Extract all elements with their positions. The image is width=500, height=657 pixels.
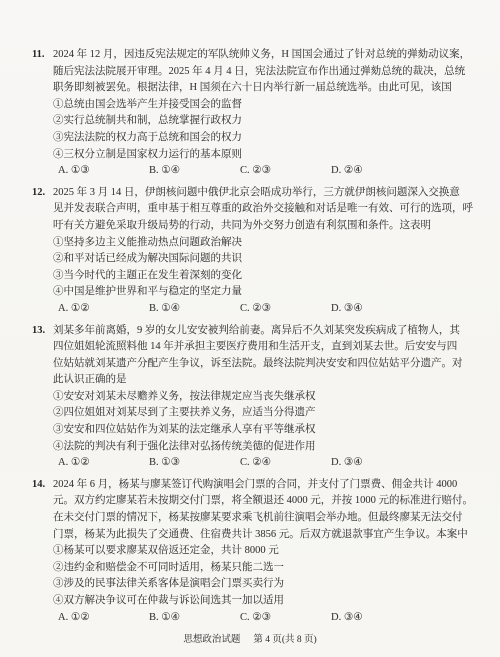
item-line: ①总统由国会选举产生并接受国会的监督	[53, 97, 500, 114]
option-d: D. ③④	[331, 301, 363, 318]
stem-line: 吁有关方避免采取升级局势的行动，共同为外交努力创造有利氛围和条件。这表明	[53, 218, 500, 235]
stem-line: 此认识正确的是	[53, 372, 500, 389]
options-row: A. ①③ B. ①④ C. ②③ D. ②④	[53, 163, 500, 180]
option-d: D. ③④	[331, 610, 363, 627]
stem-line: 职务即刻被罢免。根据法律，H 国须在六十日内举行新一届总统选举。由此可见，该国	[53, 80, 500, 97]
options-row: A. ①② B. ①④ C. ②③ D. ③④	[53, 610, 500, 627]
item-line: ③涉及的民事法律关系客体是演唱会门票买卖行为	[53, 576, 500, 593]
item-line: ①安安对刘某未尽赡养义务，按法律规定应当丧失继承权	[53, 389, 500, 406]
question-13: 13. 刘某多年前离婚，9 岁的女儿安安被判给前妻。离异后不久刘某突发疾病成了植…	[0, 323, 500, 472]
stem-line: 四位姐姐轮流照料他 14 年并承担主要医疗费用和生活开支，直到刘某去世。后安安与…	[53, 339, 500, 356]
option-c: C. ②③	[240, 301, 331, 318]
exam-page: 11. 2024 年 12 月，因违反宪法规定的军队统帅义务，H 国国会通过了针…	[0, 0, 500, 657]
item-line: ②实行总统制共和制，总统掌握行政权力	[53, 113, 500, 130]
footer-page-number: 第 4 页(共 8 页)	[253, 635, 316, 645]
stem-line: 2025 年 3 月 14 日，伊朗核问题中俄伊北京会晤成功举行，三方就伊朗核问…	[53, 185, 500, 202]
item-line: ①坚持多边主义能推动热点问题政治解决	[53, 235, 500, 252]
option-c: C. ②④	[240, 455, 331, 472]
page-footer: 思想政治试题第 4 页(共 8 页)	[0, 634, 500, 647]
option-b: B. ①④	[149, 301, 240, 318]
stem-line: 随后宪法法院展开审理。2025 年 4 月 4 日，宪法法院宣布作出通过弹劾总统…	[53, 64, 500, 81]
option-d: D. ②④	[331, 163, 363, 180]
option-c: C. ②③	[240, 610, 331, 627]
option-b: B. ①④	[149, 610, 240, 627]
item-line: ③当今时代的主题正在发生着深刻的变化	[53, 268, 500, 285]
stem-line: 见并发表联合声明，重申基于相互尊重的政治外交接触和对话是唯一有效、可行的选项，呼	[53, 201, 500, 218]
item-line: ④中国是维护世界和平与稳定的坚定力量	[53, 284, 500, 301]
item-line: ③安安和四位姑姑作为刘某的法定继承人享有平等继承权	[53, 422, 500, 439]
stem-line: 刘某多年前离婚，9 岁的女儿安安被判给前妻。离异后不久刘某突发疾病成了植物人，其	[53, 323, 500, 340]
stem-line: 门票，杨某为此损失了交通费、住宿费共计 3856 元。后双方就退款事宜产生争议。…	[53, 527, 500, 544]
item-line: ①杨某可以要求廖某双倍返还定金，共计 8000 元	[53, 543, 500, 560]
stem-line: 2024 年 12 月，因违反宪法规定的军队统帅义务，H 国国会通过了针对总统的…	[53, 47, 500, 64]
item-line: ②违约金和赔偿金不可同时适用，杨某只能二选一	[53, 560, 500, 577]
question-12: 12. 2025 年 3 月 14 日，伊朗核问题中俄伊北京会晤成功举行，三方就…	[0, 185, 500, 318]
stem-line: 位姑姑就刘某遗产分配产生争议，诉至法院。最终法院判决安安和四位姑姑平分遗产。对	[53, 356, 500, 373]
option-a: A. ①②	[58, 301, 149, 318]
question-number: 12.	[32, 185, 45, 202]
option-b: B. ①④	[149, 163, 240, 180]
question-number: 11.	[32, 47, 45, 64]
option-a: A. ①③	[58, 163, 149, 180]
item-line: ④双方解决争议可在仲裁与诉讼间选其一加以适用	[53, 593, 500, 610]
options-row: A. ①② B. ①④ C. ②③ D. ③④	[53, 301, 500, 318]
option-b: B. ①③	[149, 455, 240, 472]
question-14: 14. 2024 年 6 月，杨某与廖某签订代购演唱会门票的合同，并支付了门票费…	[0, 477, 500, 626]
option-d: D. ③④	[331, 455, 363, 472]
stem-line: 在未交付门票的情况下，杨某按廖某要求乘飞机前往演唱会举办地。但最终廖某无法交付	[53, 510, 500, 527]
question-number: 13.	[32, 323, 45, 340]
stem-line: 元。双方约定廖某若未按期交付门票，将全额退还 4000 元，并按 1000 元的…	[53, 493, 500, 510]
item-line: ④法院的判决有利于强化法律对弘扬传统美德的促进作用	[53, 439, 500, 456]
stem-line: 2024 年 6 月，杨某与廖某签订代购演唱会门票的合同，并支付了门票费、佣金共…	[53, 477, 500, 494]
question-number: 14.	[32, 477, 45, 494]
item-line: ②四位姐姐对刘某尽到了主要扶养义务，应适当分得遗产	[53, 405, 500, 422]
item-line: ④三权分立制是国家权力运行的基本原则	[53, 147, 500, 164]
item-line: ③宪法法院的权力高于总统和国会的权力	[53, 130, 500, 147]
option-a: A. ①②	[58, 455, 149, 472]
item-line: ②和平对话已经成为解决国际问题的共识	[53, 251, 500, 268]
question-11: 11. 2024 年 12 月，因违反宪法规定的军队统帅义务，H 国国会通过了针…	[0, 47, 500, 180]
options-row: A. ①② B. ①③ C. ②④ D. ③④	[53, 455, 500, 472]
option-c: C. ②③	[240, 163, 331, 180]
footer-exam-title: 思想政治试题	[183, 635, 240, 645]
option-a: A. ①②	[58, 610, 149, 627]
